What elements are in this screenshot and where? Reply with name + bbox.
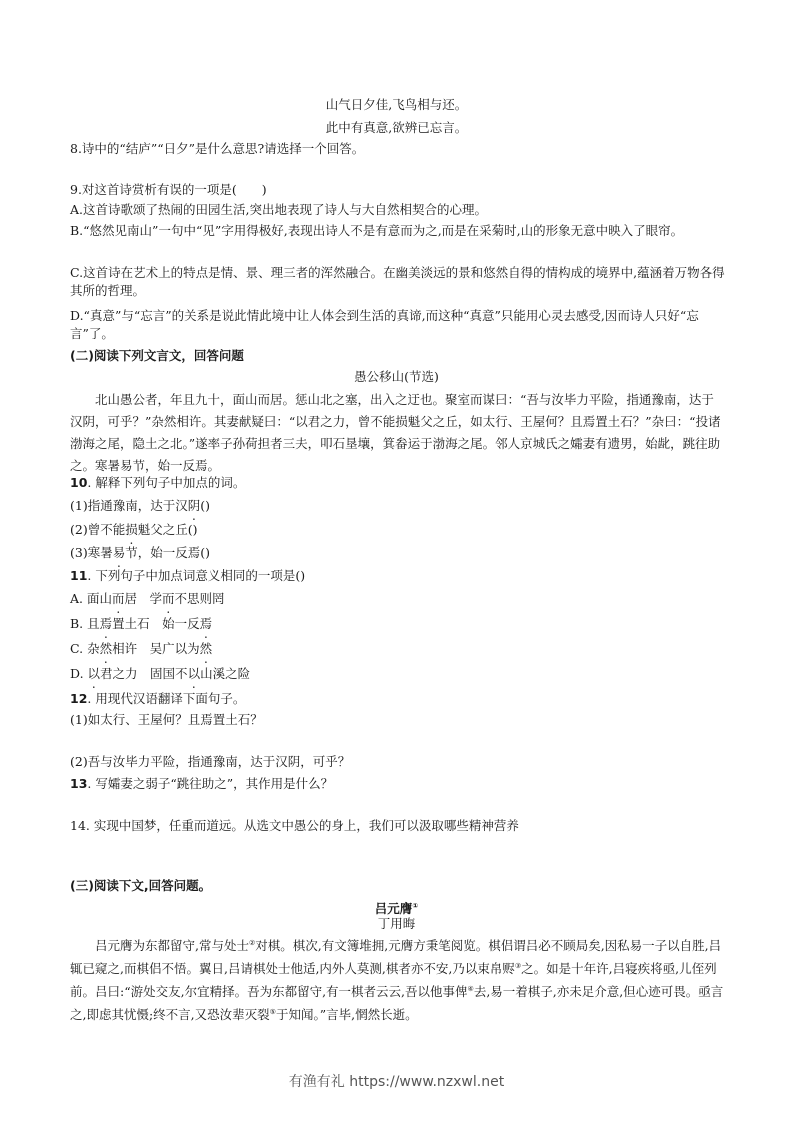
title-text: 吕元膺 [375, 901, 413, 916]
question-8: 8.诗中的“结庐”“日夕”是什么意思?请选择一个回答。 [70, 140, 364, 158]
dotted-word: 焉 [200, 616, 213, 631]
section-3-heading: (三)阅读下文,回答问题。 [70, 877, 211, 895]
question-11-stem: 11. 下列句子中加点词意义相同的一项是() [70, 567, 305, 585]
dotted-word: 以 [88, 666, 101, 681]
question-9-stem: 9.对这首诗赏析有误的一项是( ) [70, 181, 267, 199]
option-text: 山溪之险 [200, 666, 250, 681]
section-3-passage: 吕元膺为东都留守,常与处士②对棋。棋次,有文簿堆拥,元膺方秉笔阅览。棋侣谓吕必不… [70, 933, 726, 1026]
item-text: () [200, 498, 210, 513]
poem-line-2: 此中有真意,欲辨已忘言。 [0, 119, 793, 137]
dotted-word: 以 [188, 666, 201, 681]
question-12-stem: 12. 用现代汉语翻译下面句子。 [70, 690, 245, 708]
question-10-item-2: (2)曾不能损魁父之丘() [70, 521, 198, 539]
question-10-text: . 解释下列句子中加点的词。 [87, 475, 245, 490]
dotted-word: 易 [113, 545, 126, 560]
question-9-option-b: B.“悠然见南山”一句中“见”字用得极好,表现出诗人不是有意而为之,而是在采菊时… [70, 222, 726, 240]
footnote-marker: ① [412, 902, 418, 910]
section-2-passage: 北山愚公者，年且九十，面山而居。惩山北之塞，出入之迂也。聚室而谋曰：“吾与汝毕力… [70, 389, 726, 477]
question-11-text: . 下列句子中加点词意义相同的一项是() [87, 568, 305, 583]
dotted-word: 阴 [188, 498, 201, 513]
question-11-number: 11 [70, 568, 87, 583]
question-13-text: . 写孀妻之弱子“跳往助之”，其作用是什么？ [87, 776, 333, 791]
question-11-option-b: B. 且焉置土石 始一反焉 [70, 615, 212, 633]
watermark: 有渔有礼 https://www.nzxwl.net [0, 1071, 793, 1091]
option-text: 君之力 固国不 [100, 666, 188, 681]
question-12-item-1: (1)如太行、王屋何？且焉置土石？ [70, 711, 263, 729]
passage-text: 于知闻。”言毕,惘然长逝。 [276, 1008, 418, 1023]
question-10-number: 10 [70, 475, 87, 490]
option-text: A. 面山 [70, 591, 112, 606]
option-text: 居 学 [125, 591, 163, 606]
question-10-item-1: (1)指通豫南，达于汉阴() [70, 497, 210, 515]
question-13: 13. 写孀妻之弱子“跳往助之”，其作用是什么？ [70, 775, 333, 793]
question-11-option-a: A. 面山而居 学而不思则罔 [70, 590, 225, 608]
document-page: 山气日夕佳,飞鸟相与还。 此中有真意,欲辨已忘言。 8.诗中的“结庐”“日夕”是… [0, 0, 793, 1122]
item-text: 节，始一反焉() [125, 545, 210, 560]
item-text: (2)曾不能 [70, 522, 125, 537]
dotted-word: 焉 [100, 616, 113, 631]
question-11-option-c: C. 杂然相许 吴广以为然 [70, 640, 212, 658]
dotted-word: 而 [162, 591, 175, 606]
item-text: 魁父之丘() [138, 522, 198, 537]
question-10-item-3: (3)寒暑易节，始一反焉() [70, 544, 210, 562]
section-2-heading: (二)阅读下列文言文，回答问题 [70, 347, 244, 365]
option-text: C. 杂 [70, 641, 100, 656]
question-11-option-d: D. 以君之力 固国不以山溪之险 [70, 665, 250, 683]
question-12-number: 12 [70, 691, 87, 706]
question-13-number: 13 [70, 776, 87, 791]
question-9-option-a: A.这首诗歌颂了热闹的田园生活,突出地表现了诗人与大自然相契合的心理。 [70, 201, 726, 219]
question-12-item-2: (2)吾与汝毕力平险，指通豫南，达于汉阴，可乎？ [70, 753, 350, 771]
item-text: (3)寒暑 [70, 545, 113, 560]
option-text: B. 且 [70, 616, 100, 631]
option-text: 置土石 始一反 [112, 616, 200, 631]
section-3-author: 丁用晦 [0, 915, 793, 933]
section-2-title: 愚公移山(节选) [0, 368, 793, 386]
item-text: (1)指通豫南，达于汉 [70, 498, 188, 513]
question-10-stem: 10. 解释下列句子中加点的词。 [70, 474, 245, 492]
question-14: 14. 实现中国梦，任重而道远。从选文中愚公的身上，我们可以汲取哪些精神营养 [70, 817, 519, 835]
dotted-word: 然 [200, 641, 213, 656]
option-text: 不思则罔 [175, 591, 225, 606]
option-text: D. [70, 666, 88, 681]
dotted-word: 然 [100, 641, 113, 656]
question-9-option-c: C.这首诗在艺术上的特点是情、景、理三者的浑然融合。在幽美淡远的景和悠然自得的情… [70, 264, 726, 300]
poem-line-1: 山气日夕佳,飞鸟相与还。 [0, 96, 793, 114]
dotted-word: 而 [112, 591, 125, 606]
option-text: 相许 吴广以为 [112, 641, 200, 656]
question-9-option-d: D.“真意”与“忘言”的关系是说此情此境中让人体会到生活的真谛,而这种“真意”只… [70, 307, 726, 343]
question-12-text: . 用现代汉语翻译下面句子。 [87, 691, 245, 706]
passage-text: 吕元膺为东都留守,常与处士 [95, 938, 249, 953]
dotted-word: 损 [125, 522, 138, 537]
